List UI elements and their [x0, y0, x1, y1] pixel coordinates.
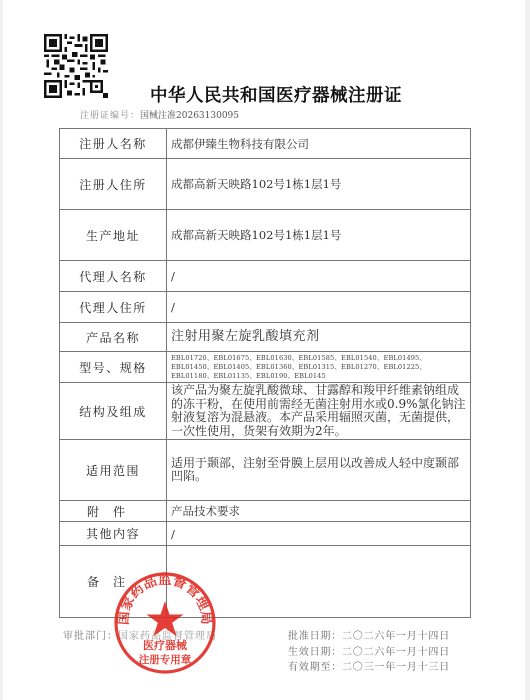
approval-date-value: 二〇二六年一月十四日 — [342, 631, 450, 642]
row-value: / — [167, 292, 471, 323]
row-value: / — [167, 261, 471, 292]
row-value: / — [167, 522, 471, 546]
effective-date: 生效日期：二〇二六年一月十四日 — [288, 643, 450, 659]
dept-label: 审批部门： — [63, 631, 118, 642]
row-label-text: 附件 — [87, 505, 139, 519]
table-row: 结构及组成 该产品为聚左旋乳酸微球、甘露醇和羧甲纤维素钠组成的冻干粉，在使用前需… — [60, 383, 471, 440]
qr-code-icon — [44, 34, 108, 98]
table-row: 注册人住所 成都高新天映路102号1栋1层1号 — [60, 159, 471, 210]
row-label: 产品名称 — [60, 323, 167, 352]
expiry-date: 有效期至：二〇三一年一月十三日 — [288, 658, 450, 674]
cert-number-label: 注册证编号： — [80, 111, 140, 121]
approval-date: 批准日期：二〇二六年一月十四日 — [288, 627, 450, 643]
expiry-date-value: 二〇三一年一月十三日 — [342, 662, 450, 673]
page-edge-right — [525, 0, 530, 700]
seal-inner-line2: 注册专用章 — [139, 653, 192, 666]
table-row: 型号、规格 EBL01720、EBL01675、EBL01630、EBL0158… — [60, 352, 471, 383]
row-value: EBL01720、EBL01675、EBL01630、EBL01585、EBL0… — [167, 352, 471, 383]
table-row: 适用范围 适用于颞部，注射至骨膜上层用以改善成人轻中度颞部凹陷。 — [60, 440, 471, 501]
seal-inner-line1: 医疗器械 — [143, 638, 188, 652]
document-title: 中华人民共和国医疗器械注册证 — [150, 82, 380, 107]
row-value: 成都高新天映路102号1栋1层1号 — [167, 159, 471, 210]
table-row: 代理人住所 / — [60, 292, 471, 323]
table-row: 生产地址 成都高新天映路102号1栋1层1号 — [60, 210, 471, 261]
row-value: 注射用聚左旋乳酸填充剂 — [167, 323, 471, 352]
registration-table: 注册人名称 成都伊臻生物科技有限公司 注册人住所 成都高新天映路102号1栋1层… — [59, 128, 471, 618]
row-label: 注册人名称 — [60, 129, 167, 159]
row-label: 型号、规格 — [60, 352, 167, 383]
row-label: 注册人住所 — [60, 159, 167, 210]
table-row: 产品名称 注射用聚左旋乳酸填充剂 — [60, 323, 471, 352]
star-icon — [147, 601, 184, 636]
expiry-date-label: 有效期至： — [288, 662, 342, 673]
table-row: 注册人名称 成都伊臻生物科技有限公司 — [60, 129, 471, 159]
row-label: 其他内容 — [60, 522, 167, 546]
page-edge-left — [0, 0, 3, 700]
row-value: 适用于颞部，注射至骨膜上层用以改善成人轻中度颞部凹陷。 — [167, 440, 471, 501]
row-value: 成都高新天映路102号1栋1层1号 — [167, 210, 471, 261]
official-seal-icon: 国家药品监督管理局 医疗器械 注册专用章 — [113, 571, 217, 675]
row-value: 成都伊臻生物科技有限公司 — [167, 129, 471, 159]
row-label: 附件 — [60, 501, 167, 522]
row-value: 该产品为聚左旋乳酸微球、甘露醇和羧甲纤维素钠组成的冻干粉，在使用前需经无菌注射用… — [167, 383, 471, 440]
row-label: 代理人住所 — [60, 292, 167, 323]
row-label: 结构及组成 — [60, 383, 167, 440]
row-label: 代理人名称 — [60, 261, 167, 292]
table-row: 其他内容 / — [60, 522, 471, 546]
row-label: 适用范围 — [60, 440, 167, 501]
cert-number-line: 注册证编号：国械注准20263130095 — [80, 108, 239, 121]
row-value: 产品技术要求 — [167, 501, 471, 522]
date-block: 批准日期：二〇二六年一月十四日 生效日期：二〇二六年一月十四日 有效期至：二〇三… — [288, 627, 450, 674]
cert-number-value: 国械注准20263130095 — [140, 111, 239, 121]
table-row: 附件 产品技术要求 — [60, 501, 471, 522]
effective-date-label: 生效日期： — [288, 647, 342, 658]
row-label: 生产地址 — [60, 210, 167, 261]
effective-date-value: 二〇二六年一月十四日 — [342, 647, 450, 658]
table-row: 代理人名称 / — [60, 261, 471, 292]
approval-date-label: 批准日期： — [288, 631, 342, 642]
